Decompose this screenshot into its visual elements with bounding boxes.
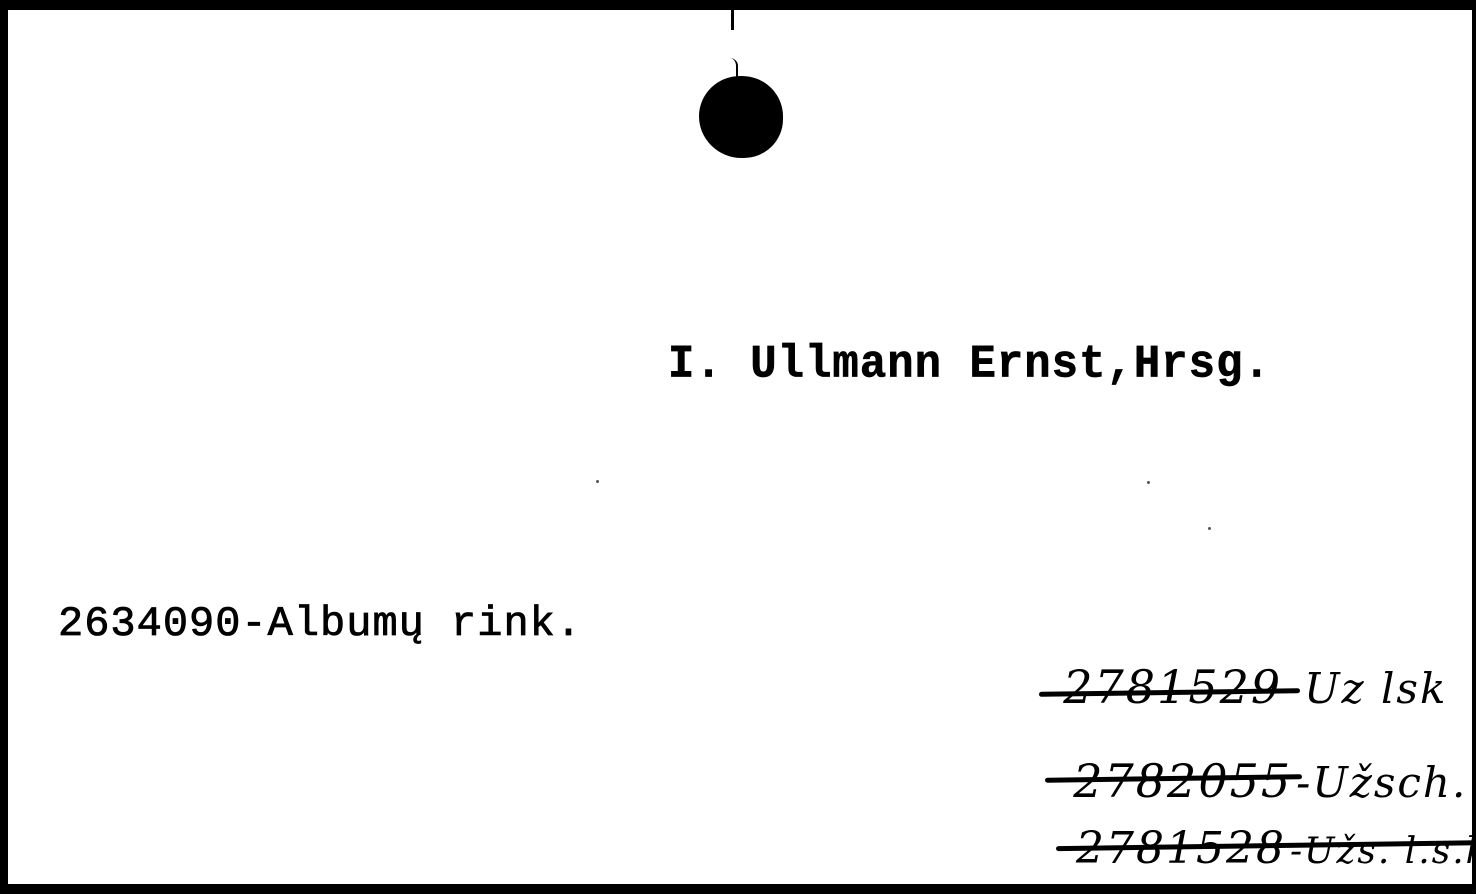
handwritten-entry-3: 2781528-Užs. l.s.k. [1044, 772, 1476, 874]
card-heading: I. Ullmann Ernst,Hrsg. [668, 339, 1271, 392]
scan-speck [596, 480, 599, 483]
struck-number: 2781528 [1076, 823, 1286, 874]
punch-slit-mark [731, 6, 734, 30]
scan-speck [1208, 527, 1211, 530]
punch-hole-icon [699, 76, 783, 158]
call-number-line: 2634090-Albumų rink. [58, 600, 582, 648]
handwritten-entry-1: 2781529Uz lsk [1030, 606, 1447, 714]
scan-border-bottom [0, 884, 1476, 894]
punch-thread-mark [730, 58, 738, 78]
scan-border-top [0, 0, 1476, 10]
handwritten-note: -Užs. l.s.k. [1290, 831, 1476, 872]
scan-speck [1147, 481, 1150, 484]
